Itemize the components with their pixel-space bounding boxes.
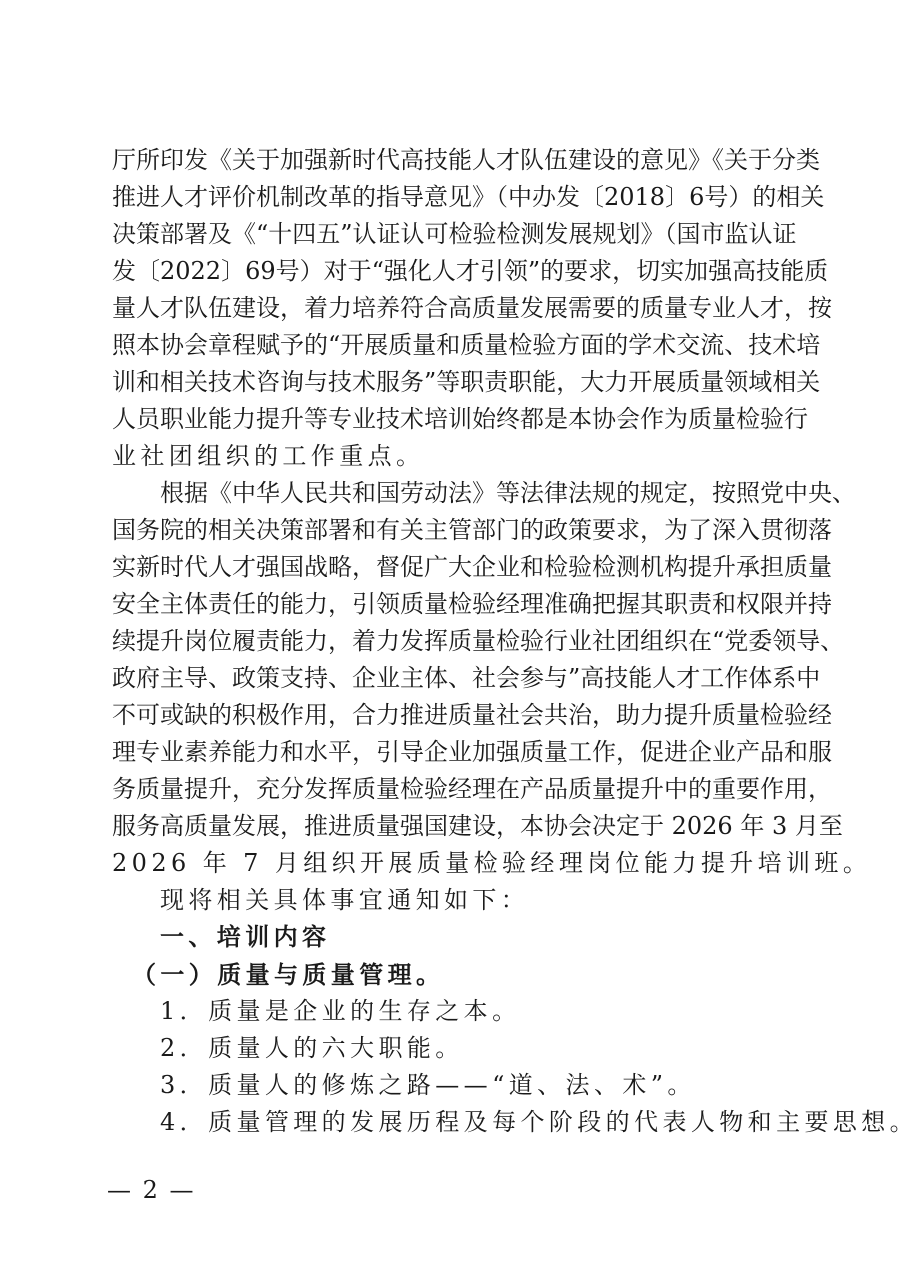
text-line: 不可或缺的积极作用，合力推进质量社会共治，助力提升质量检验经 xyxy=(112,697,792,734)
text-line: 发〔2022〕69号）对于“强化人才引领”的要求，切实加强高技能质 xyxy=(112,253,792,290)
text-line: 决策部署及《“十四五”认证认可检验检测发展规划》（国市监认证 xyxy=(112,216,792,253)
text-line: 根据《中华人民共和国劳动法》等法律法规的规定，按照党中央、 xyxy=(112,475,792,512)
list-item: 3．质量人的修炼之路——“道、法、术”。 xyxy=(112,1067,792,1104)
text-line: 国务院的相关决策部署和有关主管部门的政策要求，为了深入贯彻落 xyxy=(112,512,792,549)
text-line: 厅所印发《关于加强新时代高技能人才队伍建设的意见》《关于分类 xyxy=(112,142,792,179)
text-line: 安全主体责任的能力，引领质量检验经理准确把握其职责和权限并持 xyxy=(112,586,792,623)
text-line: 量人才队伍建设，着力培养符合高质量发展需要的质量专业人才，按 xyxy=(112,290,792,327)
document-body: 厅所印发《关于加强新时代高技能人才队伍建设的意见》《关于分类 推进人才评价机制改… xyxy=(112,142,792,1141)
document-page: 厅所印发《关于加强新时代高技能人才队伍建设的意见》《关于分类 推进人才评价机制改… xyxy=(0,0,900,1273)
list-item: 4．质量管理的发展历程及每个阶段的代表人物和主要思想。 xyxy=(112,1104,792,1141)
text-line: 续提升岗位履责能力，着力发挥质量检验行业社团组织在“党委领导、 xyxy=(112,623,792,660)
text-line: 政府主导、政策支持、企业主体、社会参与”高技能人才工作体系中 xyxy=(112,660,792,697)
text-line: 务质量提升，充分发挥质量检验经理在产品质量提升中的重要作用， xyxy=(112,771,792,808)
text-line: 训和相关技术咨询与技术服务”等职责职能，大力开展质量领域相关 xyxy=(112,364,792,401)
text-line: 服务高质量发展，推进质量强国建设，本协会决定于 2026 年 3 月至 xyxy=(112,808,792,845)
text-line: 理专业素养能力和水平，引导企业加强质量工作，促进企业产品和服 xyxy=(112,734,792,771)
text-line: 人员职业能力提升等专业技术培训始终都是本协会作为质量检验行 xyxy=(112,401,792,438)
subsection-heading: （一）质量与质量管理。 xyxy=(112,956,792,993)
text-line: 业社团组织的工作重点。 xyxy=(112,438,792,475)
list-item: 1．质量是企业的生存之本。 xyxy=(112,993,792,1030)
text-line: 实新时代人才强国战略，督促广大企业和检验检测机构提升承担质量 xyxy=(112,549,792,586)
page-number: — 2 — xyxy=(107,1176,196,1204)
text-line: 照本协会章程赋予的“开展质量和质量检验方面的学术交流、技术培 xyxy=(112,327,792,364)
text-line: 2026 年 7 月组织开展质量检验经理岗位能力提升培训班。 xyxy=(112,845,792,882)
list-item: 2．质量人的六大职能。 xyxy=(112,1030,792,1067)
section-heading: 一、培训内容 xyxy=(112,919,792,956)
text-line: 现将相关具体事宜通知如下： xyxy=(112,882,792,919)
text-line: 推进人才评价机制改革的指导意见》（中办发〔2018〕6号）的相关 xyxy=(112,179,792,216)
